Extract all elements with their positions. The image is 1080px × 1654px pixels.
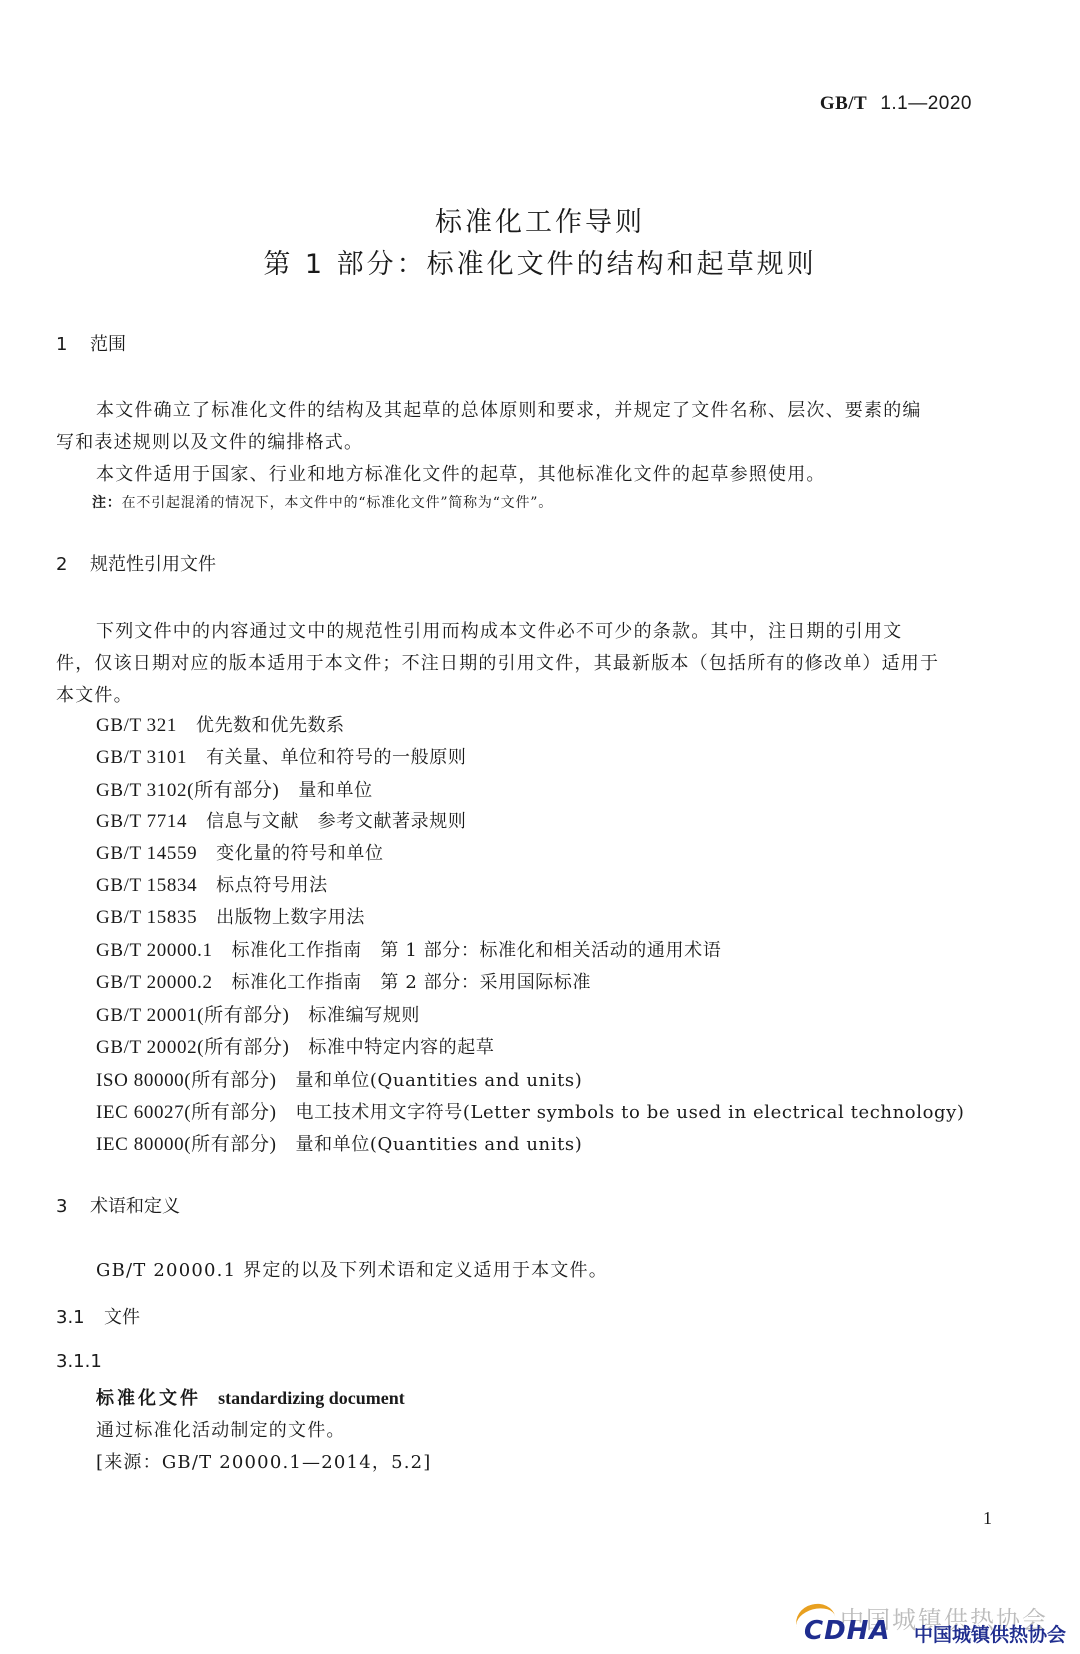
references-intro-line-3: 本文件。: [56, 681, 133, 707]
watermark-logo: 中国城镇供热协会 CDHA 中国城镇供热协会: [790, 1612, 1080, 1650]
scope-note: 注：在不引起混淆的情况下，本文件中的“标准化文件”简称为“文件”。: [92, 492, 553, 512]
reference-item: GB/T 20001(所有部分) 标准编写规则: [96, 1000, 420, 1027]
reference-item: GB/T 7714 信息与文献 参考文献著录规则: [96, 807, 466, 833]
page-number: 1: [983, 1508, 992, 1529]
reference-item: GB/T 15834 标点符号用法: [96, 871, 328, 897]
reference-item: GB/T 3102(所有部分) 量和单位: [96, 775, 373, 802]
reference-item: ISO 80000(所有部分) 量和单位(Quantities and unit…: [96, 1065, 582, 1092]
reference-item: IEC 60027(所有部分) 电工技术用文字符号(Letter symbols…: [96, 1097, 965, 1124]
term-chinese: 标准化文件: [96, 1388, 201, 1409]
watermark-text: 中国城镇供热协会: [914, 1620, 1066, 1647]
reference-item: GB/T 20000.1 标准化工作指南 第 1 部分：标准化和相关活动的通用术…: [96, 936, 721, 962]
term-source: [来源：GB/T 20000.1—2014，5.2]: [96, 1448, 432, 1474]
section-number: 3: [56, 1196, 90, 1217]
standard-number: GB/T 1.1—2020: [820, 92, 972, 115]
term-definition: 通过标准化活动制定的文件。: [96, 1416, 346, 1442]
reference-item: GB/T 20002(所有部分) 标准中特定内容的起草: [96, 1032, 494, 1059]
subsection-heading-document: 3.1文件: [56, 1303, 140, 1329]
section-number: 2: [56, 554, 90, 575]
reference-item: GB/T 20000.2 标准化工作指南 第 2 部分：采用国际标准: [96, 968, 591, 994]
subsection-number: 3.1: [56, 1307, 104, 1328]
term-entry-heading: 标准化文件 standardizing document: [96, 1384, 405, 1410]
section-heading-scope: 1范围: [56, 330, 126, 356]
section-heading-terms: 3术语和定义: [56, 1192, 180, 1218]
section-title: 范围: [90, 334, 126, 355]
reference-item: GB/T 15835 出版物上数字用法: [96, 903, 365, 929]
reference-item: GB/T 14559 变化量的符号和单位: [96, 839, 384, 865]
scope-paragraph-1-line-2: 写和表述规则以及文件的编排格式。: [56, 428, 363, 454]
note-label: 注：: [92, 495, 122, 511]
reference-item: GB/T 321 优先数和优先数系: [96, 711, 345, 737]
terms-intro: GB/T 20000.1 界定的以及下列术语和定义适用于本文件。: [96, 1256, 608, 1282]
section-heading-normative-references: 2规范性引用文件: [56, 550, 216, 576]
document-title-line1: 标准化工作导则: [0, 200, 1080, 239]
scope-paragraph-2: 本文件适用于国家、行业和地方标准化文件的起草，其他标准化文件的起草参照使用。: [96, 460, 826, 486]
references-intro-line-2: 件，仅该日期对应的版本适用于本文件；不注日期的引用文件，其最新版本（包括所有的修…: [56, 649, 939, 675]
document-title-line2: 第 1 部分：标准化文件的结构和起草规则: [0, 242, 1080, 281]
term-entry-number: 3.1.1: [56, 1351, 102, 1372]
section-title: 规范性引用文件: [90, 554, 216, 575]
section-title: 术语和定义: [90, 1196, 180, 1217]
term-english: standardizing document: [218, 1388, 405, 1408]
section-number: 1: [56, 334, 90, 355]
standard-code: 1.1—2020: [880, 93, 972, 114]
reference-item: IEC 80000(所有部分) 量和单位(Quantities and unit…: [96, 1129, 582, 1156]
note-text: 在不引起混淆的情况下，本文件中的“标准化文件”简称为“文件”。: [122, 495, 553, 511]
standard-prefix: GB/T: [820, 93, 867, 114]
logo-cdha-text: CDHA: [804, 1616, 891, 1646]
scope-paragraph-1-line-1: 本文件确立了标准化文件的结构及其起草的总体原则和要求，并规定了文件名称、层次、要…: [96, 396, 922, 422]
reference-item: GB/T 3101 有关量、单位和符号的一般原则: [96, 743, 466, 769]
subsection-title: 文件: [104, 1307, 140, 1328]
references-intro-line-1: 下列文件中的内容通过文中的规范性引用而构成本文件必不可少的条款。其中，注日期的引…: [96, 617, 902, 643]
